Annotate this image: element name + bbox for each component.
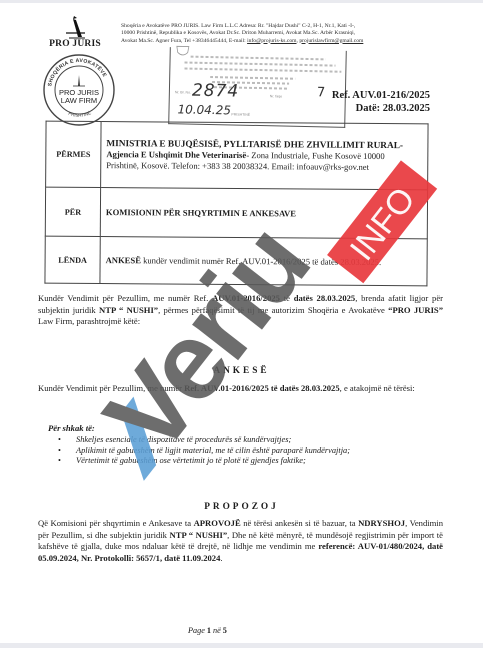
- section-heading-propozoj: PROPOZOJ: [0, 502, 483, 512]
- stamp-received-number: 2874: [192, 81, 240, 102]
- reference-number: Ref. AUV.01-216/2025: [332, 89, 430, 102]
- firm-info-line: Shoqëria e Avokatëve PRO JURIS. Law Firm…: [121, 23, 411, 30]
- table-row-per: PËR KOMISIONIN PËR SHQYRTIMIN E ANKESAVE: [45, 187, 427, 239]
- text: , e atakojmë në tërësi:: [340, 383, 415, 393]
- text: .: [220, 553, 222, 563]
- pro-juris-logo-icon: [60, 15, 90, 41]
- stamp-city: PRISHTINË: [231, 112, 250, 116]
- text-bold: datës 28.03.2025: [294, 293, 356, 303]
- stamp-received-date: 10.04.25: [177, 102, 231, 117]
- reasons-title: Për shkak të:: [48, 423, 95, 433]
- address-table: PËRMES MINISTRIA E BUJQËSISË, PYLLTARISË…: [44, 121, 428, 287]
- page-total: 5: [223, 626, 227, 635]
- firm-info-text: Avokat Ma.Sc. Agner Fura, Tel +383464454…: [121, 38, 247, 44]
- firm-seal-icon: SHOQËRIA E AVOKATËVE PRISHTINË PRO JURIS…: [42, 53, 116, 127]
- agency-address: - Zona Industriale, Fushe Kosovë 10000: [246, 150, 385, 161]
- firm-email-link[interactable]: info@projuris-ks.com: [247, 38, 296, 44]
- text: Që Komisioni për shqyrtimin e Ankesave t…: [38, 518, 194, 528]
- row-value: KOMISIONIN PËR SHQYRTIMIN E ANKESAVE: [100, 188, 427, 239]
- reason-text: Shkeljes esenciale të dispozitave të pro…: [76, 435, 291, 444]
- agency-name: Agjencia E Ushqimit Dhe Veterinarisë: [106, 149, 246, 160]
- text: Kundër Vendimit për Pezullim, me numër R…: [38, 293, 212, 303]
- text: , përmes përfaqësimit të tij me autorizi…: [158, 305, 388, 315]
- section-heading-ankese: ANKESË: [0, 366, 483, 376]
- row-label: PËR: [45, 187, 100, 236]
- bullet-icon: •: [58, 435, 61, 446]
- received-stamp: Nr. Br. No. 2874 Nr. faqe 7 10.04.25 PRI…: [168, 47, 347, 128]
- intro-paragraph: Kundër Vendimit për Pezullim, me numër R…: [38, 293, 443, 328]
- stamp-pages-label: Nr. faqe: [270, 94, 282, 98]
- stamp-handwritten-mark: 7: [317, 85, 326, 100]
- table-row-permes: PËRMES MINISTRIA E BUJQËSISË, PYLLTARISË…: [46, 121, 428, 190]
- firm-contact-info: Shoqëria e Avokatëve PRO JURIS. Law Firm…: [121, 23, 411, 45]
- subject-bold: ANKESË: [106, 255, 141, 265]
- row-value: MINISTRIA E BUJQËSISË, PYLLTARISË DHE ZH…: [101, 122, 428, 190]
- stamp-number-label: Nr. Br. No.: [175, 90, 191, 94]
- text-bold: NDRYSHOJ: [358, 518, 405, 528]
- stamp-emblem-icon: [175, 45, 191, 57]
- recipient: KOMISIONIN PËR SHQYRTIMIN E ANKESAVE: [106, 207, 296, 218]
- logo-name: PRO JURIS: [40, 39, 110, 49]
- subject-text: kundër vendimit numër Ref. AUV.01-2016/2…: [141, 255, 381, 267]
- text-bold: NTP “ NUSHI”: [170, 530, 228, 540]
- text-bold: APROVOJË: [194, 518, 241, 528]
- table-row-lenda: LËNDA ANKESË kundër vendimit numër Ref. …: [45, 236, 427, 286]
- text-bold: “PRO JURIS”: [388, 305, 443, 315]
- firm-email-link[interactable]: projurislawfirm@gmail.com: [299, 38, 363, 44]
- document-page: PRO JURIS SHOQËRIA E AVOKATËVE PRISHTINË…: [0, 3, 483, 643]
- page-indicator: Page 1 në 5: [188, 626, 227, 635]
- reasons-list: •Shkeljes esenciale të dispozitave të pr…: [58, 435, 350, 467]
- row-value: ANKESË kundër vendimit numër Ref. AUV.01…: [100, 237, 427, 286]
- text-bold: AUV.01-2016/2025: [212, 293, 280, 303]
- text: të: [280, 293, 294, 303]
- bullet-icon: •: [58, 456, 61, 467]
- text: në tërësi ankesën si të bazuar, ta: [241, 518, 358, 528]
- reason-text: Aplikimit të gabueshëm të ligjit materia…: [76, 446, 350, 455]
- row-label: LËNDA: [45, 236, 100, 283]
- list-item: •Aplikimit të gabueshëm të ligjit materi…: [58, 446, 350, 457]
- reference-date: Datë: 28.03.2025: [332, 102, 430, 115]
- list-item: •Vërtetimit të gabueshëm ose vërtetimit …: [58, 456, 350, 467]
- text: Kundër Vendimit për Pezullim, me numër: [38, 383, 184, 393]
- svg-text:LAW FIRM: LAW FIRM: [61, 96, 97, 105]
- agency-contact: Prishtinë, Kosovë. Telefon: +383 38 2003…: [106, 160, 422, 173]
- page-current: 1: [207, 626, 211, 635]
- bullet-icon: •: [58, 446, 61, 457]
- list-item: •Shkeljes esenciale të dispozitave të pr…: [58, 435, 350, 446]
- firm-logo: PRO JURIS: [40, 15, 110, 49]
- page-word: Page: [188, 626, 205, 635]
- document-reference: Ref. AUV.01-216/2025 Datë: 28.03.2025: [332, 89, 430, 115]
- firm-info-line: 10000 Prishtinë, Republika e Kosovës, Av…: [121, 30, 411, 37]
- text-bold: NTP “ NUSHI”: [99, 305, 158, 315]
- text: Law Firm, parashtrojmë këtë:: [38, 316, 140, 326]
- row-label: PËRMES: [46, 121, 101, 187]
- svg-text:PRISHTINË: PRISHTINË: [68, 109, 92, 118]
- reason-text: Vërtetimit të gabueshëm ose vërtetimit j…: [76, 456, 306, 465]
- text-bold: Ref. AUV.01-2016/2025 të datës 28.03.202…: [184, 383, 339, 393]
- propozoj-paragraph: Që Komisioni për shqyrtimin e Ankesave t…: [38, 518, 443, 564]
- ankese-paragraph: Kundër Vendimit për Pezullim, me numër R…: [38, 383, 443, 395]
- of-word: në: [213, 626, 221, 635]
- firm-info-line: Avokat Ma.Sc. Agner Fura, Tel +383464454…: [121, 38, 411, 45]
